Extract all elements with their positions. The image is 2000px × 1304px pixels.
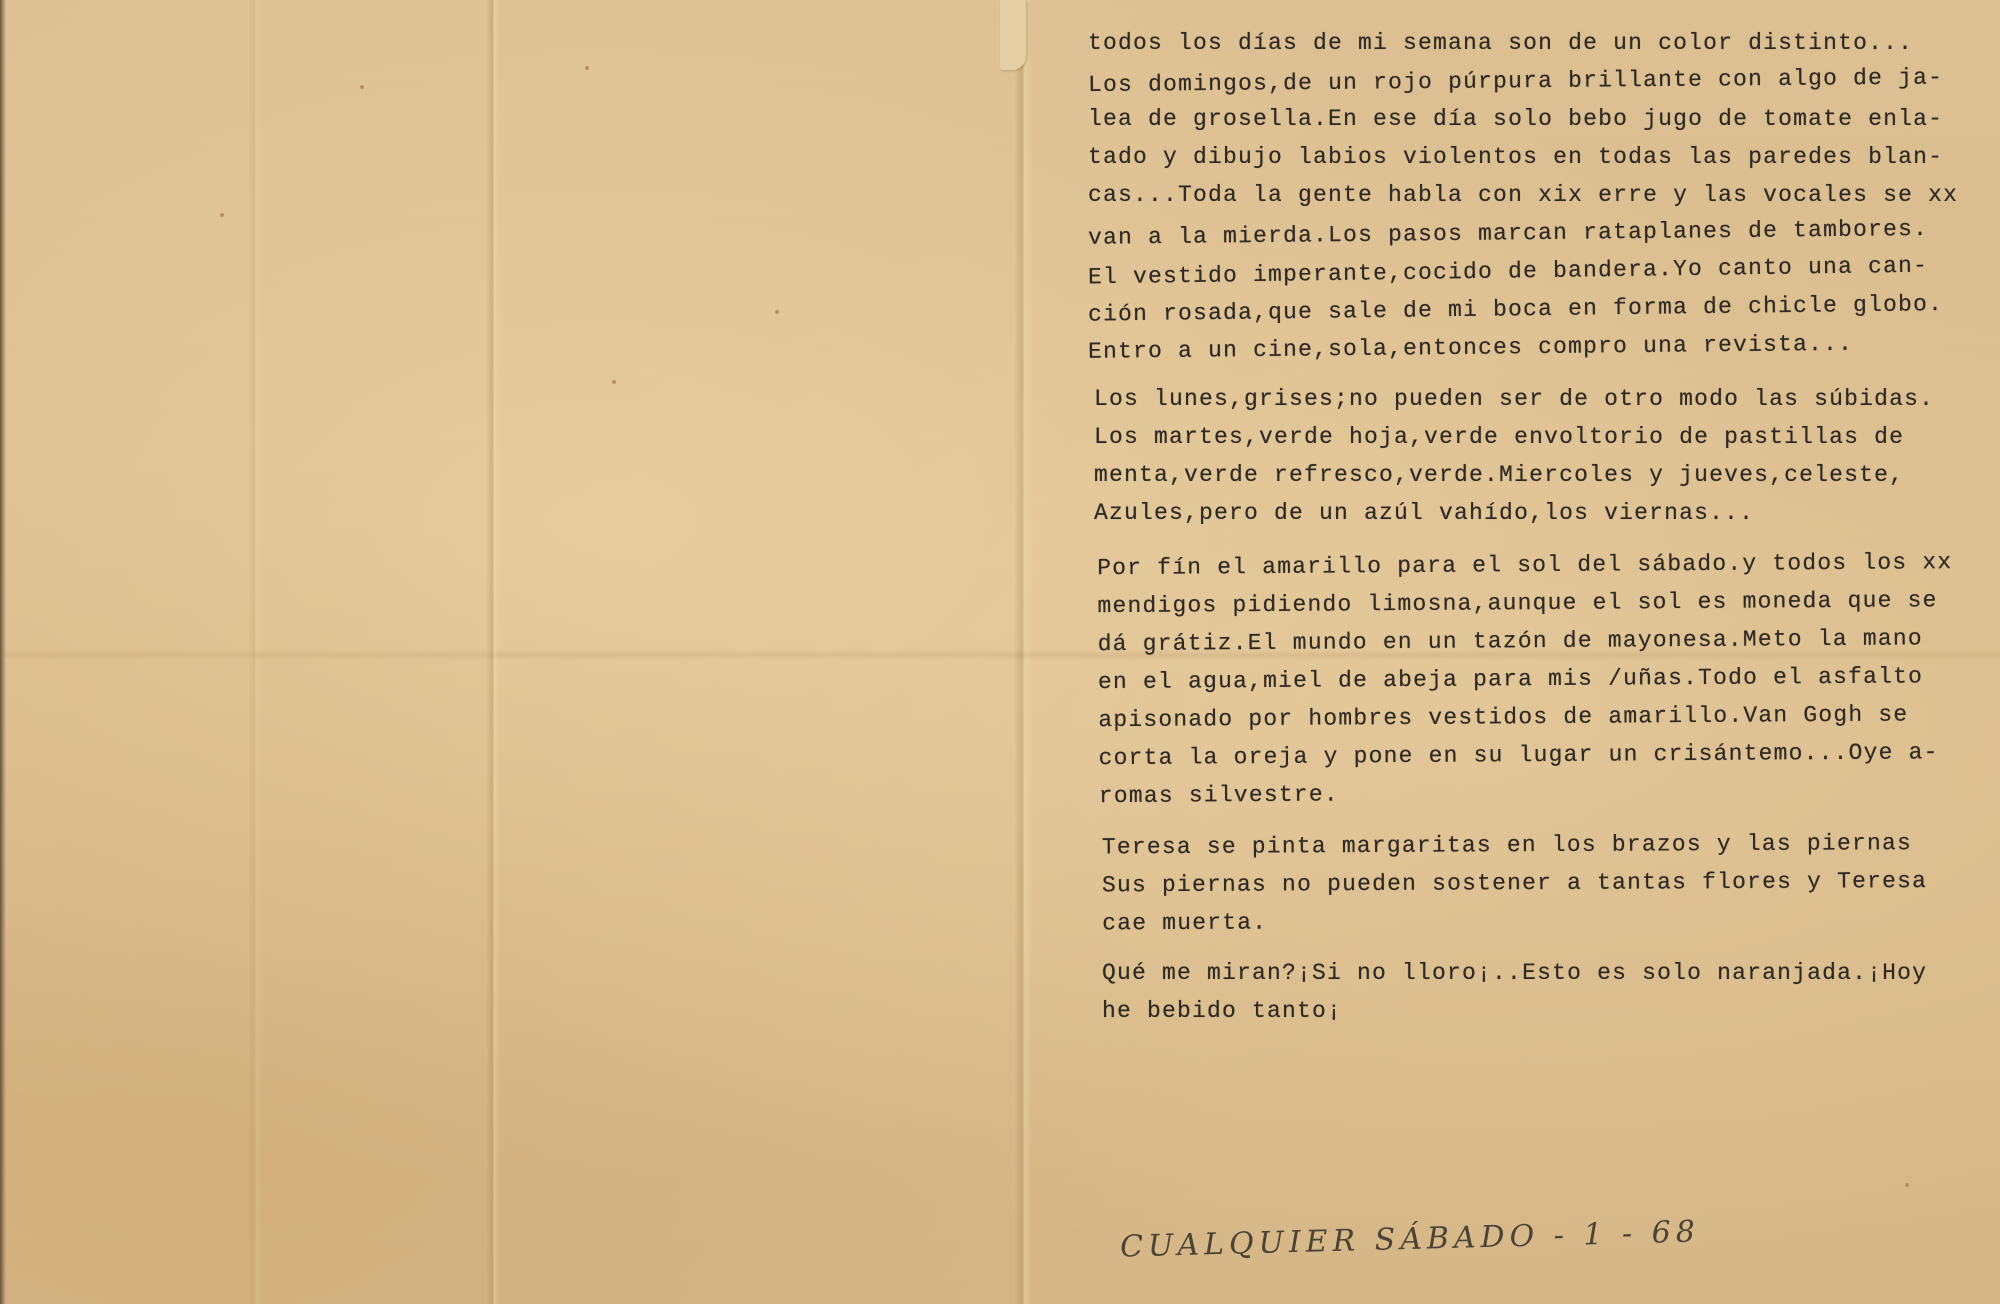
text-line: cas...Toda la gente habla con xix erre y…	[1088, 176, 2000, 214]
text-line: Sus piernas no pueden sostener a tantas …	[1102, 862, 2000, 905]
text-line: Los lunes,grises;no pueden ser de otro m…	[1094, 380, 2000, 418]
text-line: Por fín el amarillo para el sol del sába…	[1097, 543, 1999, 587]
text-line: Qué me miran?¡Si no lloro¡..Esto es solo…	[1102, 954, 2000, 992]
paper-speck	[1905, 1183, 1909, 1187]
left-page-blank	[0, 0, 1010, 1304]
text-line: romas silvestre.	[1099, 771, 2000, 815]
text-line: cae muerta.	[1102, 900, 2000, 943]
text-line: dá grátiz.El mundo en un tazón de mayone…	[1098, 619, 2000, 663]
text-line: Los martes,verde hoja,verde envoltorio d…	[1094, 418, 2000, 456]
text-line: mendigos pidiendo limosna,aunque el sol …	[1097, 581, 1999, 625]
text-line: todos los días de mi semana son de un co…	[1088, 24, 2000, 62]
text-line: Los domingos,de un rojo púrpura brillant…	[1088, 58, 2000, 104]
text-line: he bebido tanto¡	[1102, 992, 2000, 1030]
paragraph-teresa: Teresa se pinta margaritas en los brazos…	[1102, 824, 2000, 943]
paragraph-saturday: Por fín el amarillo para el sol del sába…	[1097, 543, 2000, 815]
text-line: Azules,pero de un azúl vahído,los vierna…	[1094, 494, 2000, 532]
paragraph-closing: Qué me miran?¡Si no lloro¡..Esto es solo…	[1102, 954, 2000, 1030]
text-line: Entro a un cine,sola,entonces compro una…	[1088, 323, 2000, 371]
text-line: en el agua,miel de abeja para mis /uñas.…	[1098, 657, 2000, 701]
text-line: apisonado por hombres vestidos de amaril…	[1098, 695, 2000, 739]
text-line: menta,verde refresco,verde.Miercoles y j…	[1094, 456, 2000, 494]
text-line: tado y dibujo labios violentos en todas …	[1088, 138, 2000, 176]
typewritten-poem: todos los días de mi semana son de un co…	[1088, 24, 2000, 1044]
text-line: corta la oreja y pone en su lugar un cri…	[1098, 733, 2000, 777]
text-line: lea de grosella.En ese día solo bebo jug…	[1088, 100, 2000, 138]
text-line: Teresa se pinta margaritas en los brazos…	[1102, 824, 2000, 867]
paragraph-sunday: todos los días de mi semana son de un co…	[1088, 24, 2000, 366]
paragraph-weekdays: Los lunes,grises;no pueden ser de otro m…	[1094, 380, 2000, 532]
handwritten-date-note: CUALQUIER SÁBADO - 1 - 68	[1120, 1214, 1701, 1264]
scanned-paper-sheet: todos los días de mi semana son de un co…	[0, 0, 2000, 1304]
